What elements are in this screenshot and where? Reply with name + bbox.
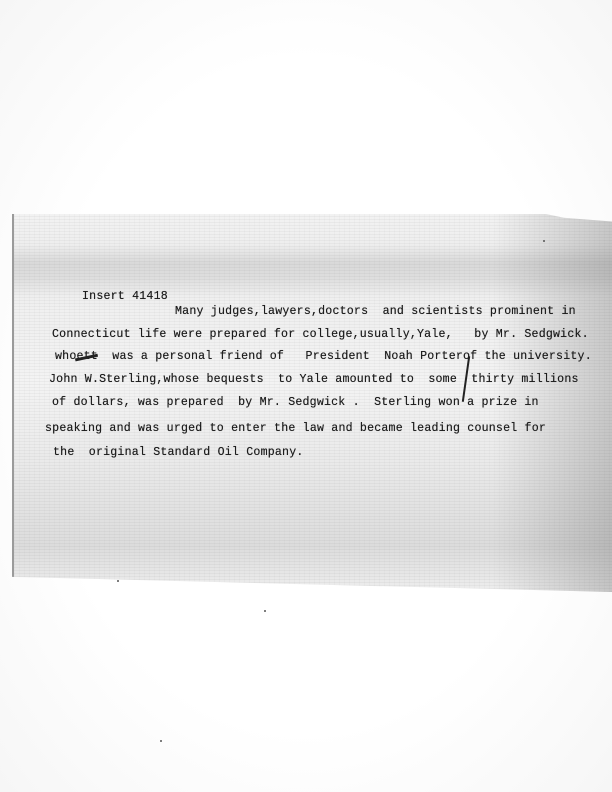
text-line-3: whoett was a personal friend of Presiden… (55, 350, 592, 363)
typewritten-text: Insert 41418 Many judges,lawyers,doctors… (0, 0, 612, 792)
text-line-2: Connecticut life were prepared for colle… (52, 328, 589, 341)
text-university: of the university. (463, 350, 592, 363)
text-line-1: Many judges,lawyers,doctors and scientis… (175, 305, 576, 318)
text-line-6: speaking and was urged to enter the law … (45, 422, 546, 435)
struck-out-text: ett (76, 350, 97, 363)
text-friend: was a personal friend of President Noah … (112, 350, 463, 363)
dust-speck (264, 610, 266, 612)
dust-speck (160, 740, 162, 742)
text-line-5: of dollars, was prepared by Mr. Sedgwick… (52, 396, 539, 409)
text-line-4: John W.Sterling,whose bequests to Yale a… (49, 373, 579, 386)
insert-number: Insert 41418 (82, 290, 168, 303)
dust-speck (117, 580, 119, 582)
text-who: who (55, 350, 76, 363)
text-line-7: the original Standard Oil Company. (53, 446, 304, 459)
dust-speck (543, 240, 545, 242)
scanned-page: Insert 41418 Many judges,lawyers,doctors… (0, 0, 612, 792)
